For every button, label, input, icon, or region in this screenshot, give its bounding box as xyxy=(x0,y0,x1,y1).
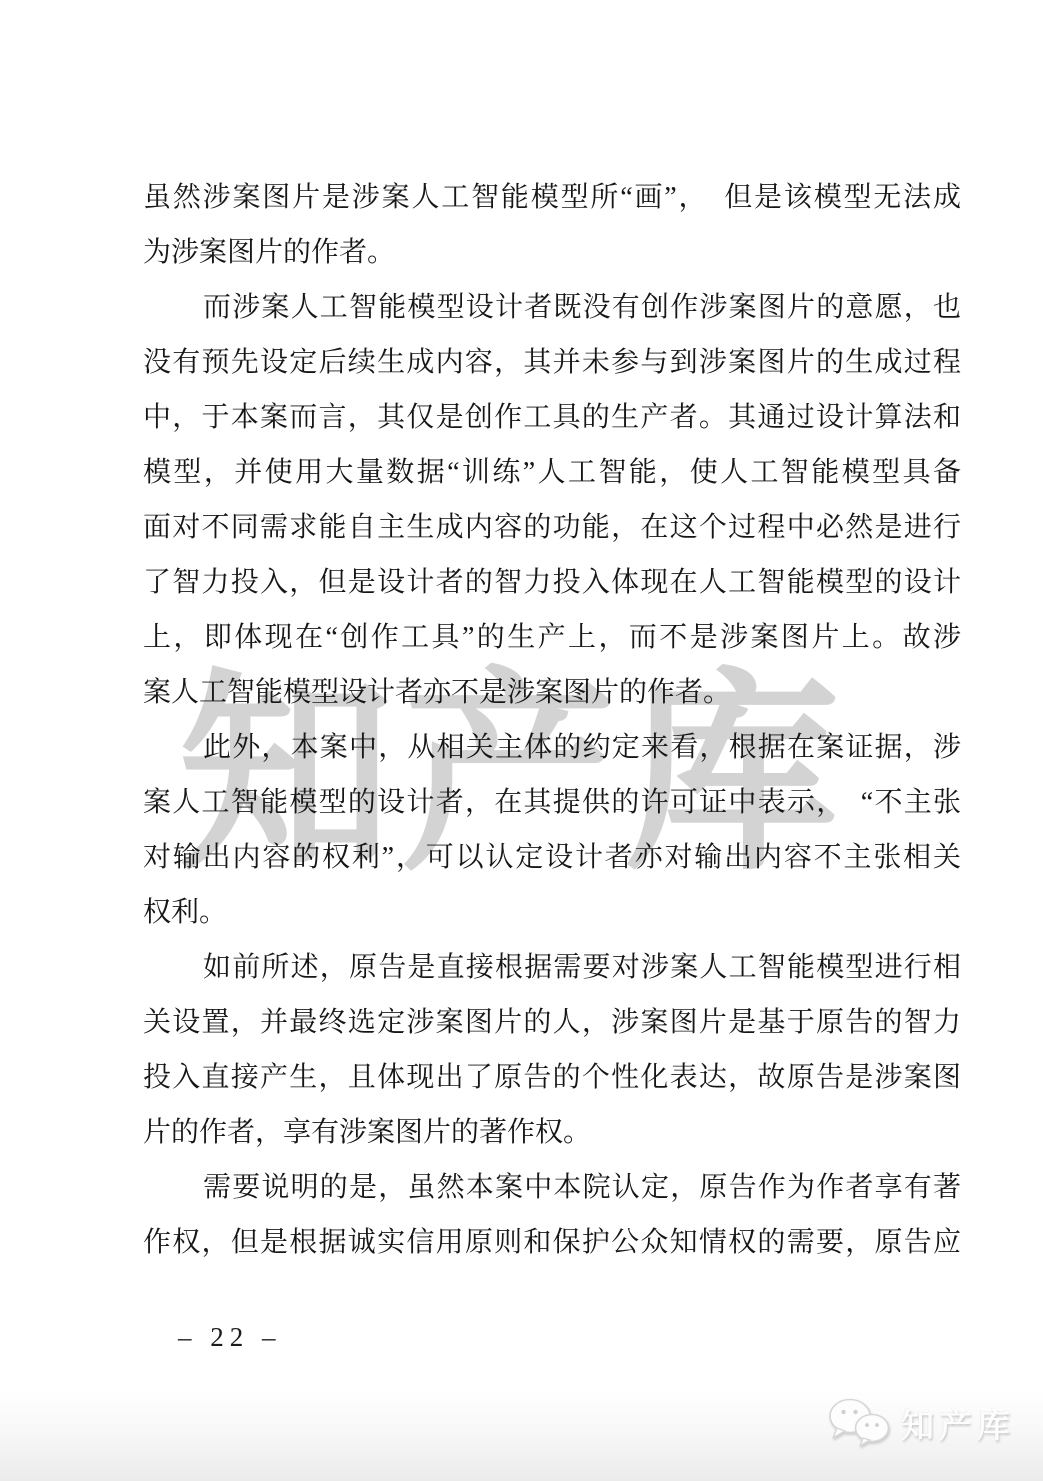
footer-band: 知产库 xyxy=(0,1389,1043,1481)
text-line: 而涉案人工智能模型设计者既没有创作涉案图片的意愿，也 xyxy=(143,280,961,335)
text-line: 对输出内容的权利”，可以认定设计者亦对输出内容不主张相关 xyxy=(143,830,961,885)
text-line: 投入直接产生，且体现出了原告的个性化表达，故原告是涉案图 xyxy=(143,1050,961,1105)
text-line: 模型，并使用大量数据“训练”人工智能，使人工智能模型具备 xyxy=(143,445,961,500)
text-line: 如前所述，原告是直接根据需要对涉案人工智能模型进行相 xyxy=(143,940,961,995)
text-line: 权利。 xyxy=(143,885,961,940)
text-line: 了智力投入，但是设计者的智力投入体现在人工智能模型的设计 xyxy=(143,555,961,610)
brand-logo: 知产库 xyxy=(827,1397,1015,1449)
brand-name: 知产库 xyxy=(901,1400,1015,1447)
text-line: 此外，本案中，从相关主体的约定来看，根据在案证据，涉 xyxy=(143,720,961,775)
chat-bubbles-icon xyxy=(827,1397,893,1449)
page-number: – 22 – xyxy=(178,1322,282,1353)
text-line: 片的作者，享有涉案图片的著作权。 xyxy=(143,1105,961,1160)
text-line: 案人工智能模型设计者亦不是涉案图片的作者。 xyxy=(143,665,961,720)
text-line: 为涉案图片的作者。 xyxy=(143,225,961,280)
text-line: 虽然涉案图片是涉案人工智能模型所“画”， 但是该模型无法成 xyxy=(143,170,961,225)
text-line: 中，于本案而言，其仅是创作工具的生产者。其通过设计算法和 xyxy=(143,390,961,445)
text-line: 案人工智能模型的设计者，在其提供的许可证中表示， “不主张 xyxy=(143,775,961,830)
text-line: 上，即体现在“创作工具”的生产上，而不是涉案图片上。故涉 xyxy=(143,610,961,665)
text-line: 没有预先设定后续生成内容，其并未参与到涉案图片的生成过程 xyxy=(143,335,961,390)
text-line: 需要说明的是，虽然本案中本院认定，原告作为作者享有著 xyxy=(143,1160,961,1215)
document-page: { "page": { "watermark_text": "知产库", "pa… xyxy=(0,0,1043,1481)
text-line: 面对不同需求能自主生成内容的功能，在这个过程中必然是进行 xyxy=(143,500,961,555)
text-line: 作权，但是根据诚实信用原则和保护公众知情权的需要，原告应 xyxy=(143,1215,961,1270)
text-line: 关设置，并最终选定涉案图片的人，涉案图片是基于原告的智力 xyxy=(143,995,961,1050)
judgment-text: 虽然涉案图片是涉案人工智能模型所“画”， 但是该模型无法成为涉案图片的作者。而涉… xyxy=(143,170,961,1270)
